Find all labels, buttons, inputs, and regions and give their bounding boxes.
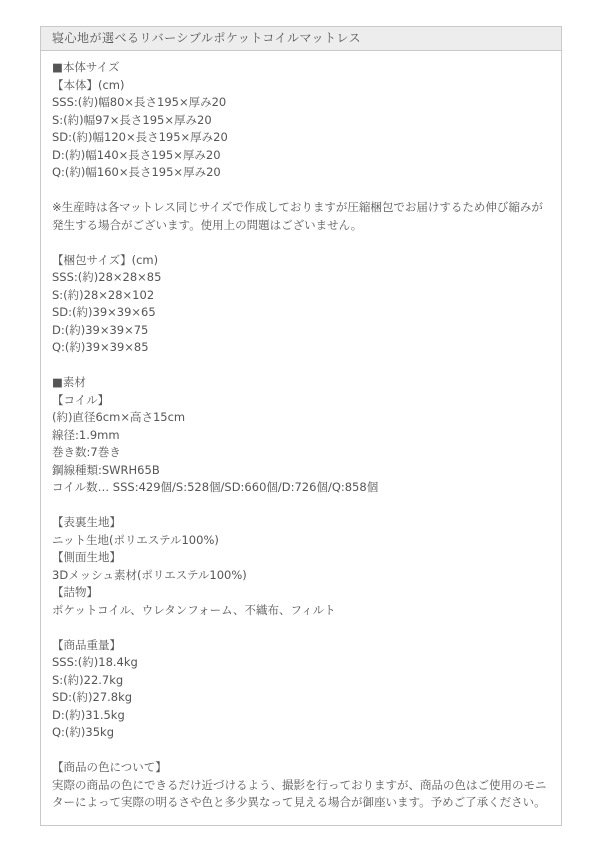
spec-line: ニット生地(ポリエステル100%) xyxy=(52,532,550,550)
spec-line: 鋼線種類:SWRH65B xyxy=(52,462,550,480)
spec-line: 【詰物】 xyxy=(52,584,550,602)
spec-block-package-size: 【梱包サイズ】(cm)SSS:(約)28×28×85S:(約)28×28×102… xyxy=(52,252,550,357)
spec-line: (約)直径6cm×高さ15cm xyxy=(52,409,550,427)
spec-line: Q:(約)39×39×85 xyxy=(52,339,550,357)
spec-line: SSS:(約)28×28×85 xyxy=(52,269,550,287)
spec-line: 線径:1.9mm xyxy=(52,427,550,445)
spec-line: ■素材 xyxy=(52,374,550,392)
spec-line: S:(約)幅97×長さ195×厚み20 xyxy=(52,112,550,130)
spec-line: 3Dメッシュ素材(ポリエステル100%) xyxy=(52,567,550,585)
spec-line: S:(約)28×28×102 xyxy=(52,287,550,305)
spec-header-title: 寝心地が選べるリバーシブルポケットコイルマットレス xyxy=(52,31,361,45)
spec-block-production-note: ※生産時は各マットレス同じサイズで作成しておりますが圧縮梱包でお届けするため伸び… xyxy=(52,199,550,234)
spec-line: 【商品の色について】 xyxy=(52,759,550,777)
spec-line: ※生産時は各マットレス同じサイズで作成しておりますが圧縮梱包でお届けするため伸び… xyxy=(52,199,550,234)
spec-line: 【側面生地】 xyxy=(52,549,550,567)
spec-line: SD:(約)幅120×長さ195×厚み20 xyxy=(52,129,550,147)
spec-line: SD:(約)27.8kg xyxy=(52,689,550,707)
spec-line: 【コイル】 xyxy=(52,392,550,410)
spec-body: ■本体サイズ【本体】(cm)SSS:(約)幅80×長さ195×厚み20S:(約)… xyxy=(41,51,561,825)
spec-line: Q:(約)幅160×長さ195×厚み20 xyxy=(52,164,550,182)
spec-line: S:(約)22.7kg xyxy=(52,672,550,690)
spec-line: SD:(約)39×39×65 xyxy=(52,304,550,322)
spec-block-material-coil: ■素材【コイル】(約)直径6cm×高さ15cm線径:1.9mm巻き数:7巻き鋼線… xyxy=(52,374,550,497)
spec-line: コイル数… SSS:429個/S:528個/SD:660個/D:726個/Q:8… xyxy=(52,479,550,497)
spec-line: D:(約)39×39×75 xyxy=(52,322,550,340)
spec-line: 【表裏生地】 xyxy=(52,514,550,532)
spec-block-weight: 【商品重量】SSS:(約)18.4kgS:(約)22.7kgSD:(約)27.8… xyxy=(52,637,550,742)
spec-block-body-size: ■本体サイズ【本体】(cm)SSS:(約)幅80×長さ195×厚み20S:(約)… xyxy=(52,59,550,182)
spec-line: 【商品重量】 xyxy=(52,637,550,655)
product-spec-panel: 寝心地が選べるリバーシブルポケットコイルマットレス ■本体サイズ【本体】(cm)… xyxy=(40,26,562,826)
spec-line: SSS:(約)幅80×長さ195×厚み20 xyxy=(52,94,550,112)
spec-line: 実際の商品の色にできるだけ近づけるよう、撮影を行っておりますが、商品の色はご使用… xyxy=(52,777,550,812)
spec-line: Q:(約)35kg xyxy=(52,724,550,742)
spec-block-fabric: 【表裏生地】ニット生地(ポリエステル100%)【側面生地】3Dメッシュ素材(ポリ… xyxy=(52,514,550,619)
spec-line: SSS:(約)18.4kg xyxy=(52,654,550,672)
spec-line: 巻き数:7巻き xyxy=(52,444,550,462)
spec-block-color-note: 【商品の色について】実際の商品の色にできるだけ近づけるよう、撮影を行っております… xyxy=(52,759,550,812)
spec-line: 【梱包サイズ】(cm) xyxy=(52,252,550,270)
spec-line: 【本体】(cm) xyxy=(52,77,550,95)
spec-line: D:(約)幅140×長さ195×厚み20 xyxy=(52,147,550,165)
spec-line: D:(約)31.5kg xyxy=(52,707,550,725)
spec-header-bar: 寝心地が選べるリバーシブルポケットコイルマットレス xyxy=(41,27,561,51)
spec-line: ポケットコイル、ウレタンフォーム、不織布、フィルト xyxy=(52,602,550,620)
spec-line: ■本体サイズ xyxy=(52,59,550,77)
